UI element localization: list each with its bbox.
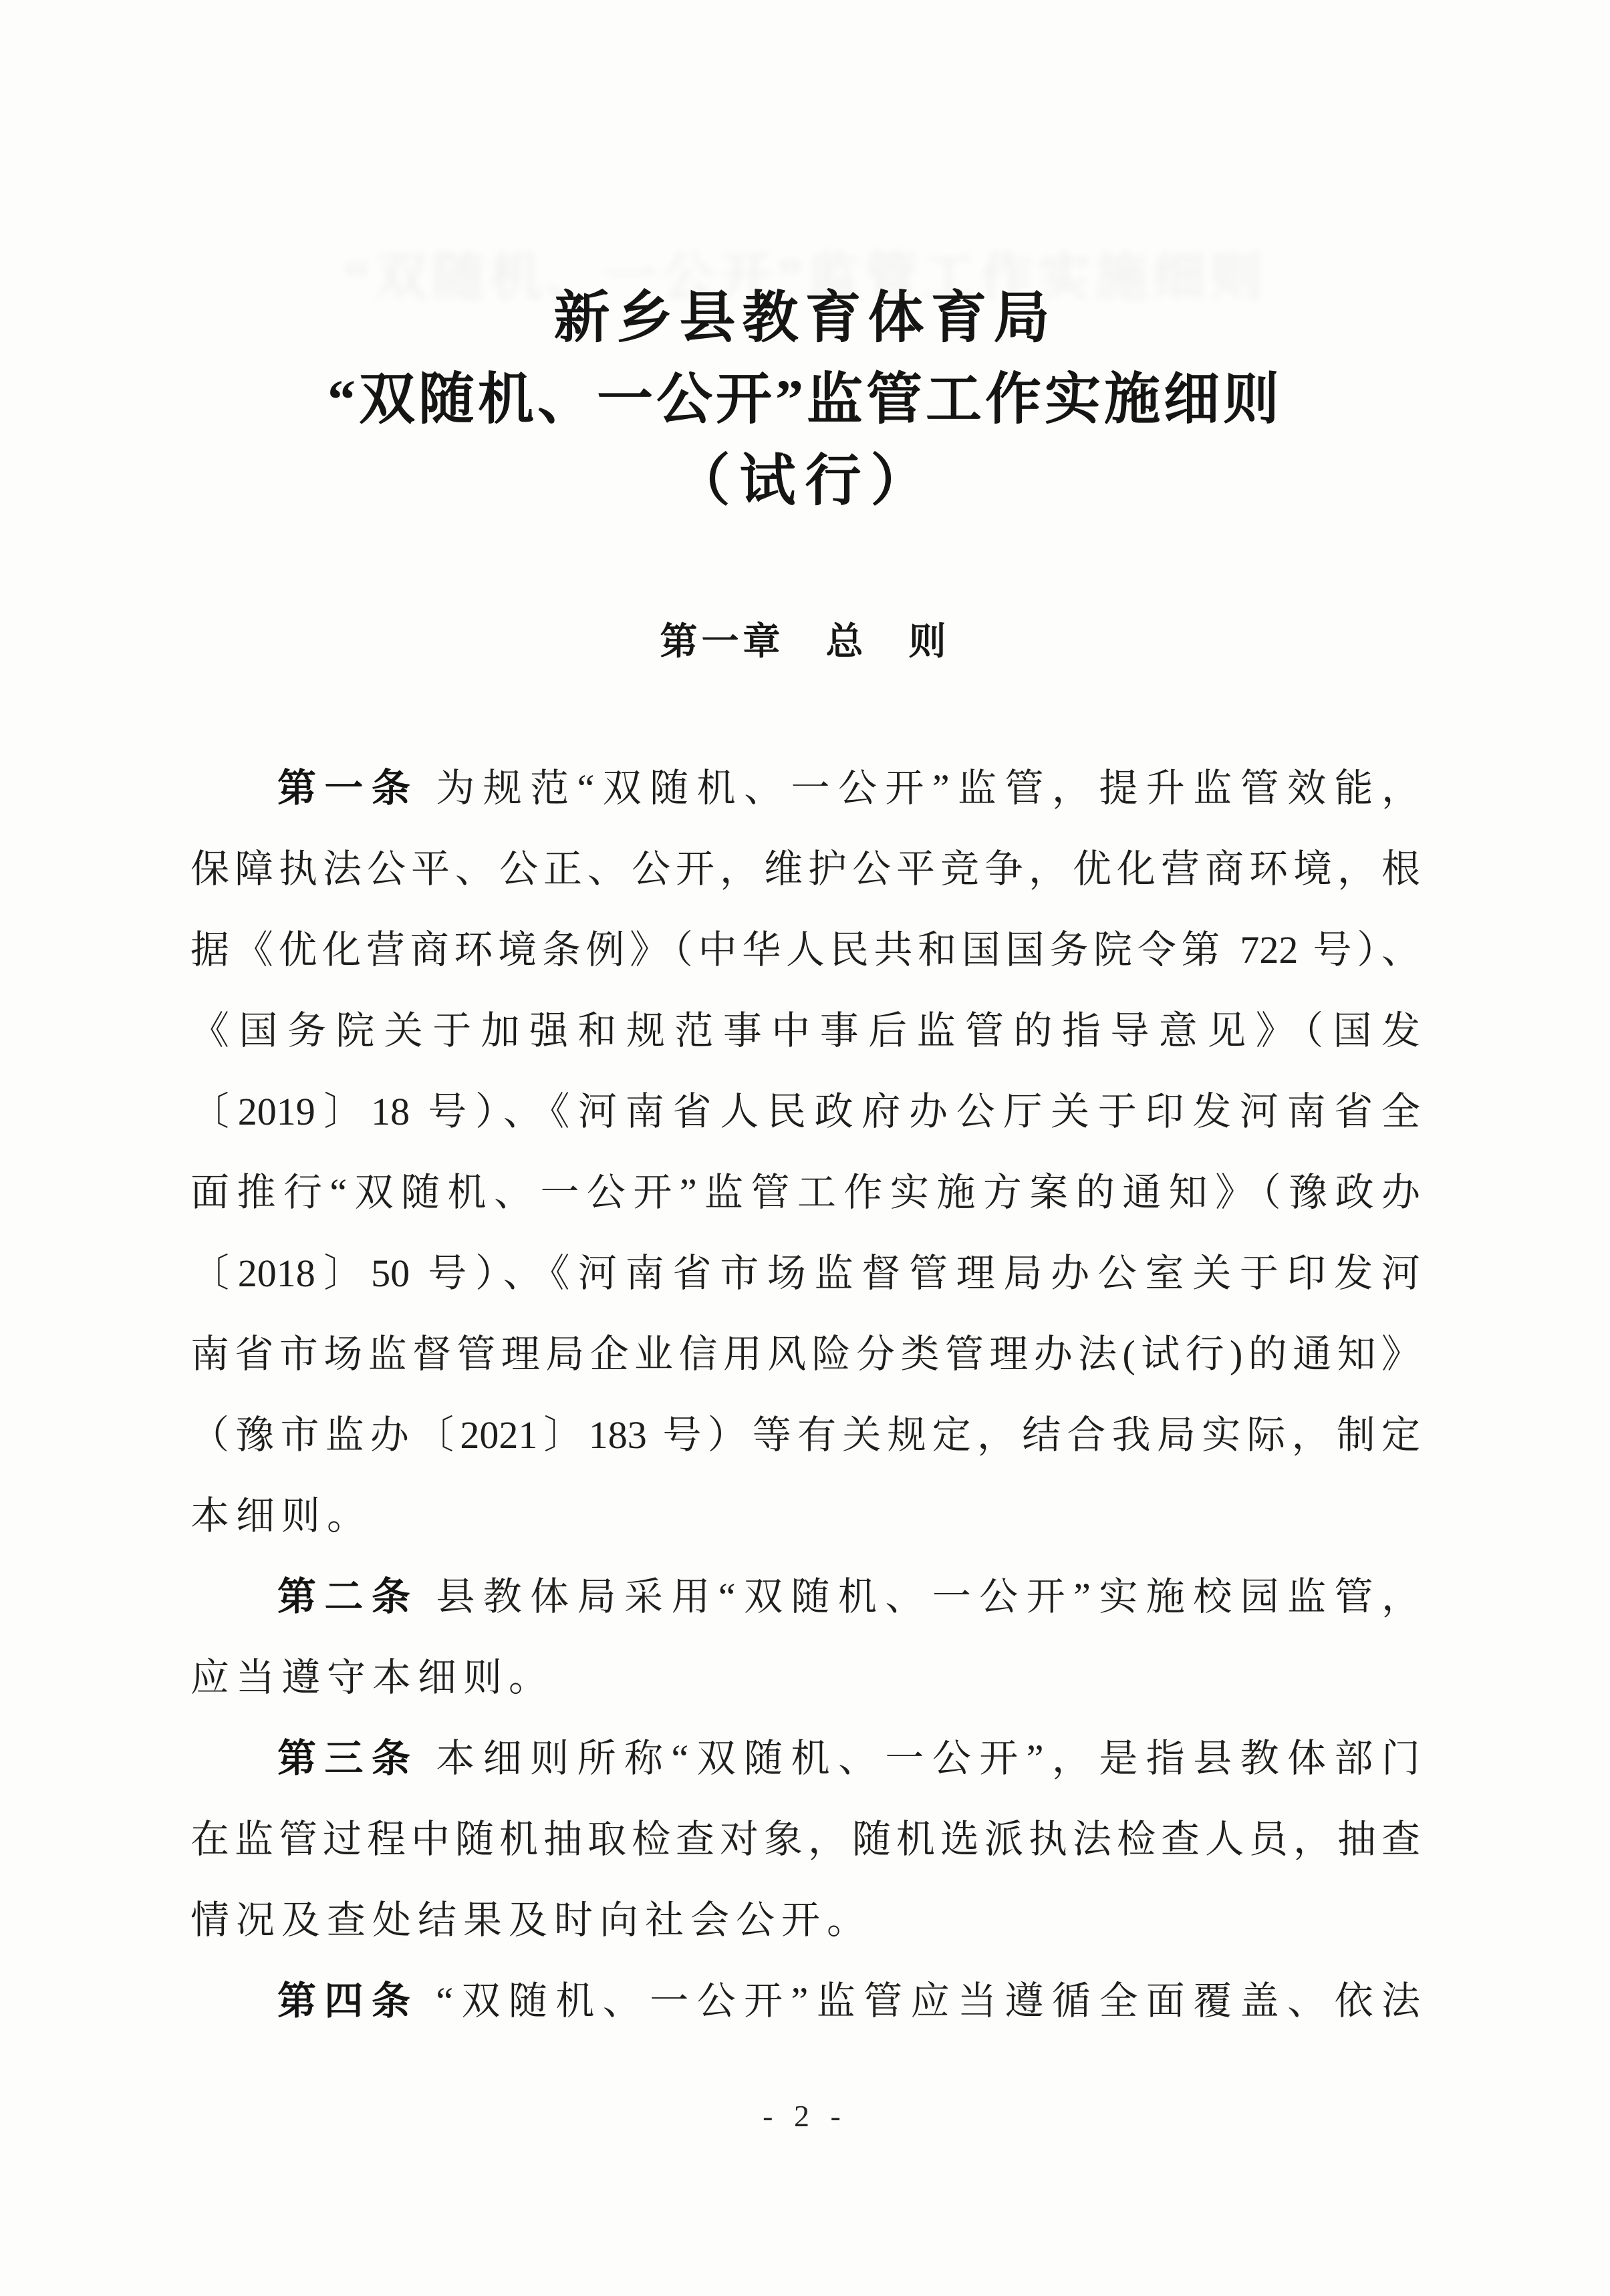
line-text: 县教体局采用“双随机、一公开”实施校园监管， [436,1575,1420,1618]
body-line: 保障执法公平、公正、公开，维护公平竞争，优化营商环境，根 [190,829,1420,909]
line-text: 为规范“双随机、一公开”监管，提升监管效能， [436,766,1420,810]
body-line: 本细则。 [190,1475,1420,1556]
body-line: 第三条本细则所称“双随机、一公开”，是指县教体部门 [190,1718,1420,1799]
chapter-heading: 第一章 总 则 [0,618,1610,666]
body-line: 南省市场监督管理局企业信用风险分类管理办法(试行)的通知》 [190,1314,1420,1395]
line-text: 在监管过程中随机抽取检查对象，随机选派执法检查人员，抽查 [190,1818,1420,1861]
article-number: 第二条 [277,1575,418,1618]
line-text: 应当遵守本细则。 [190,1656,554,1699]
line-text: 本细则所称“双随机、一公开”，是指县教体部门 [436,1737,1420,1780]
body-line: 据《优化营商环境条例》（中华人民共和国国务院令第 722 号）、 [190,909,1420,990]
body-line: 在监管过程中随机抽取检查对象，随机选派执法检查人员，抽查 [190,1799,1420,1880]
line-text: 〔2018〕50 号）、《河南省市场监督管理局办公室关于印发河 [190,1252,1420,1295]
body-line: 第四条“双随机、一公开”监管应当遵循全面覆盖、依法 [190,1961,1420,2041]
article-number: 第四条 [277,1979,418,2023]
line-text: 本细则。 [190,1494,372,1538]
line-text: 保障执法公平、公正、公开，维护公平竞争，优化营商环境，根 [190,847,1420,891]
line-text: （豫市监办〔2021〕183 号）等有关规定，结合我局实际，制定 [190,1413,1420,1457]
body-line: 《国务院关于加强和规范事中事后监管的指导意见》（国发 [190,990,1420,1071]
line-text: 据《优化营商环境条例》（中华人民共和国国务院令第 722 号）、 [190,928,1420,972]
document-page: “双随机、一公开”监管工作实施细则 新乡县教育体育局 “双随机、一公开”监管工作… [0,0,1610,2296]
document-title: 新乡县教育体育局 “双随机、一公开”监管工作实施细则 （试行） [0,278,1610,523]
body-line: 面推行“双随机、一公开”监管工作实施方案的通知》（豫政办 [190,1152,1420,1233]
line-text: “双随机、一公开”监管应当遵循全面覆盖、依法 [436,1979,1420,2023]
line-text: 南省市场监督管理局企业信用风险分类管理办法(试行)的通知》 [190,1332,1420,1376]
line-text: 面推行“双随机、一公开”监管工作实施方案的通知》（豫政办 [190,1171,1420,1214]
title-line-1: 新乡县教育体育局 [0,278,1610,360]
article-number: 第一条 [277,766,418,810]
body-line: 第二条县教体局采用“双随机、一公开”实施校园监管， [190,1556,1420,1637]
article-number: 第三条 [277,1737,418,1780]
body-line: 〔2019〕18 号）、《河南省人民政府办公厅关于印发河南省全 [190,1071,1420,1152]
line-text: 情况及查处结果及时向社会公开。 [190,1898,872,1942]
body-line: 〔2018〕50 号）、《河南省市场监督管理局办公室关于印发河 [190,1233,1420,1314]
line-text: 〔2019〕18 号）、《河南省人民政府办公厅关于印发河南省全 [190,1090,1420,1133]
body-line: 应当遵守本细则。 [190,1637,1420,1718]
body-line: 情况及查处结果及时向社会公开。 [190,1880,1420,1961]
title-line-2: “双随机、一公开”监管工作实施细则 [0,360,1610,441]
line-text: 《国务院关于加强和规范事中事后监管的指导意见》（国发 [190,1009,1420,1052]
document-body: 第一条为规范“双随机、一公开”监管，提升监管效能， 保障执法公平、公正、公开，维… [190,748,1420,2041]
page-number: - 2 - [0,2098,1610,2134]
body-line: 第一条为规范“双随机、一公开”监管，提升监管效能， [190,748,1420,829]
title-line-3: （试行） [0,441,1610,523]
body-line: （豫市监办〔2021〕183 号）等有关规定，结合我局实际，制定 [190,1395,1420,1475]
